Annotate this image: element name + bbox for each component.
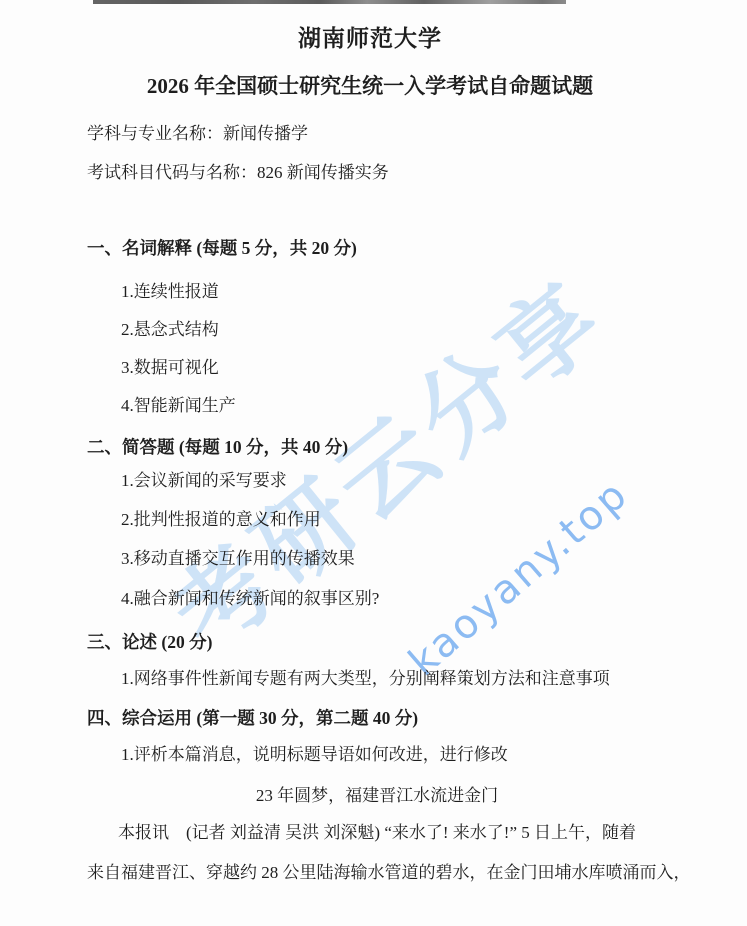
news-headline: 23 年圆梦，福建晋江水流进金门 xyxy=(97,784,657,808)
news-paragraph-line-2: 来自福建晋江、穿越约 28 公里陆海输水管道的碧水，在金门田埔水库喷涌而入， xyxy=(87,861,691,885)
question-item: 4.智能新闻生产 xyxy=(121,394,236,418)
question-item: 2.批判性报道的意义和作用 xyxy=(121,508,321,532)
watermark-chinese: 考研云分享 xyxy=(140,243,630,677)
question-item: 1.连续性报道 xyxy=(121,280,219,304)
question-item: 3.数据可视化 xyxy=(121,356,219,380)
question-item: 1.评析本篇消息，说明标题导语如何改进，进行修改 xyxy=(121,743,508,767)
university-name: 湖南师范大学 xyxy=(0,27,740,51)
section-4-heading: 四、综合运用 (第一题 30 分，第二题 40 分) xyxy=(87,706,418,730)
question-item: 1.会议新闻的采写要求 xyxy=(121,469,287,493)
section-1-heading: 一、名词解释 (每题 5 分，共 20 分) xyxy=(87,236,357,260)
question-item: 4.融合新闻和传统新闻的叙事区别? xyxy=(121,587,379,611)
question-item: 2.悬念式结构 xyxy=(121,318,219,342)
question-item: 3.移动直播交互作用的传播效果 xyxy=(121,547,355,571)
section-2-heading: 二、简答题 (每题 10 分，共 40 分) xyxy=(87,435,348,459)
subject-code-line: 考试科目代码与名称：826 新闻传播实务 xyxy=(87,161,389,185)
watermark-site-url: kaoyany.top xyxy=(400,471,637,686)
section-3-heading: 三、论述 (20 分) xyxy=(87,630,212,654)
scan-artifact-strip xyxy=(93,0,566,4)
major-name-line: 学科与专业名称：新闻传播学 xyxy=(87,122,308,146)
exam-title: 2026 年全国硕士研究生统一入学考试自命题试题 xyxy=(0,74,740,98)
news-paragraph-line-1: 本报讯 (记者 刘益清 吴洪 刘深魁) “来水了! 来水了!” 5 日上午，随着 xyxy=(118,821,636,845)
question-item: 1.网络事件性新闻专题有两大类型，分别阐释策划方法和注意事项 xyxy=(121,667,610,691)
exam-paper-page: 考研云分享 kaoyany.top 湖南师范大学 2026 年全国硕士研究生统一… xyxy=(0,0,747,926)
